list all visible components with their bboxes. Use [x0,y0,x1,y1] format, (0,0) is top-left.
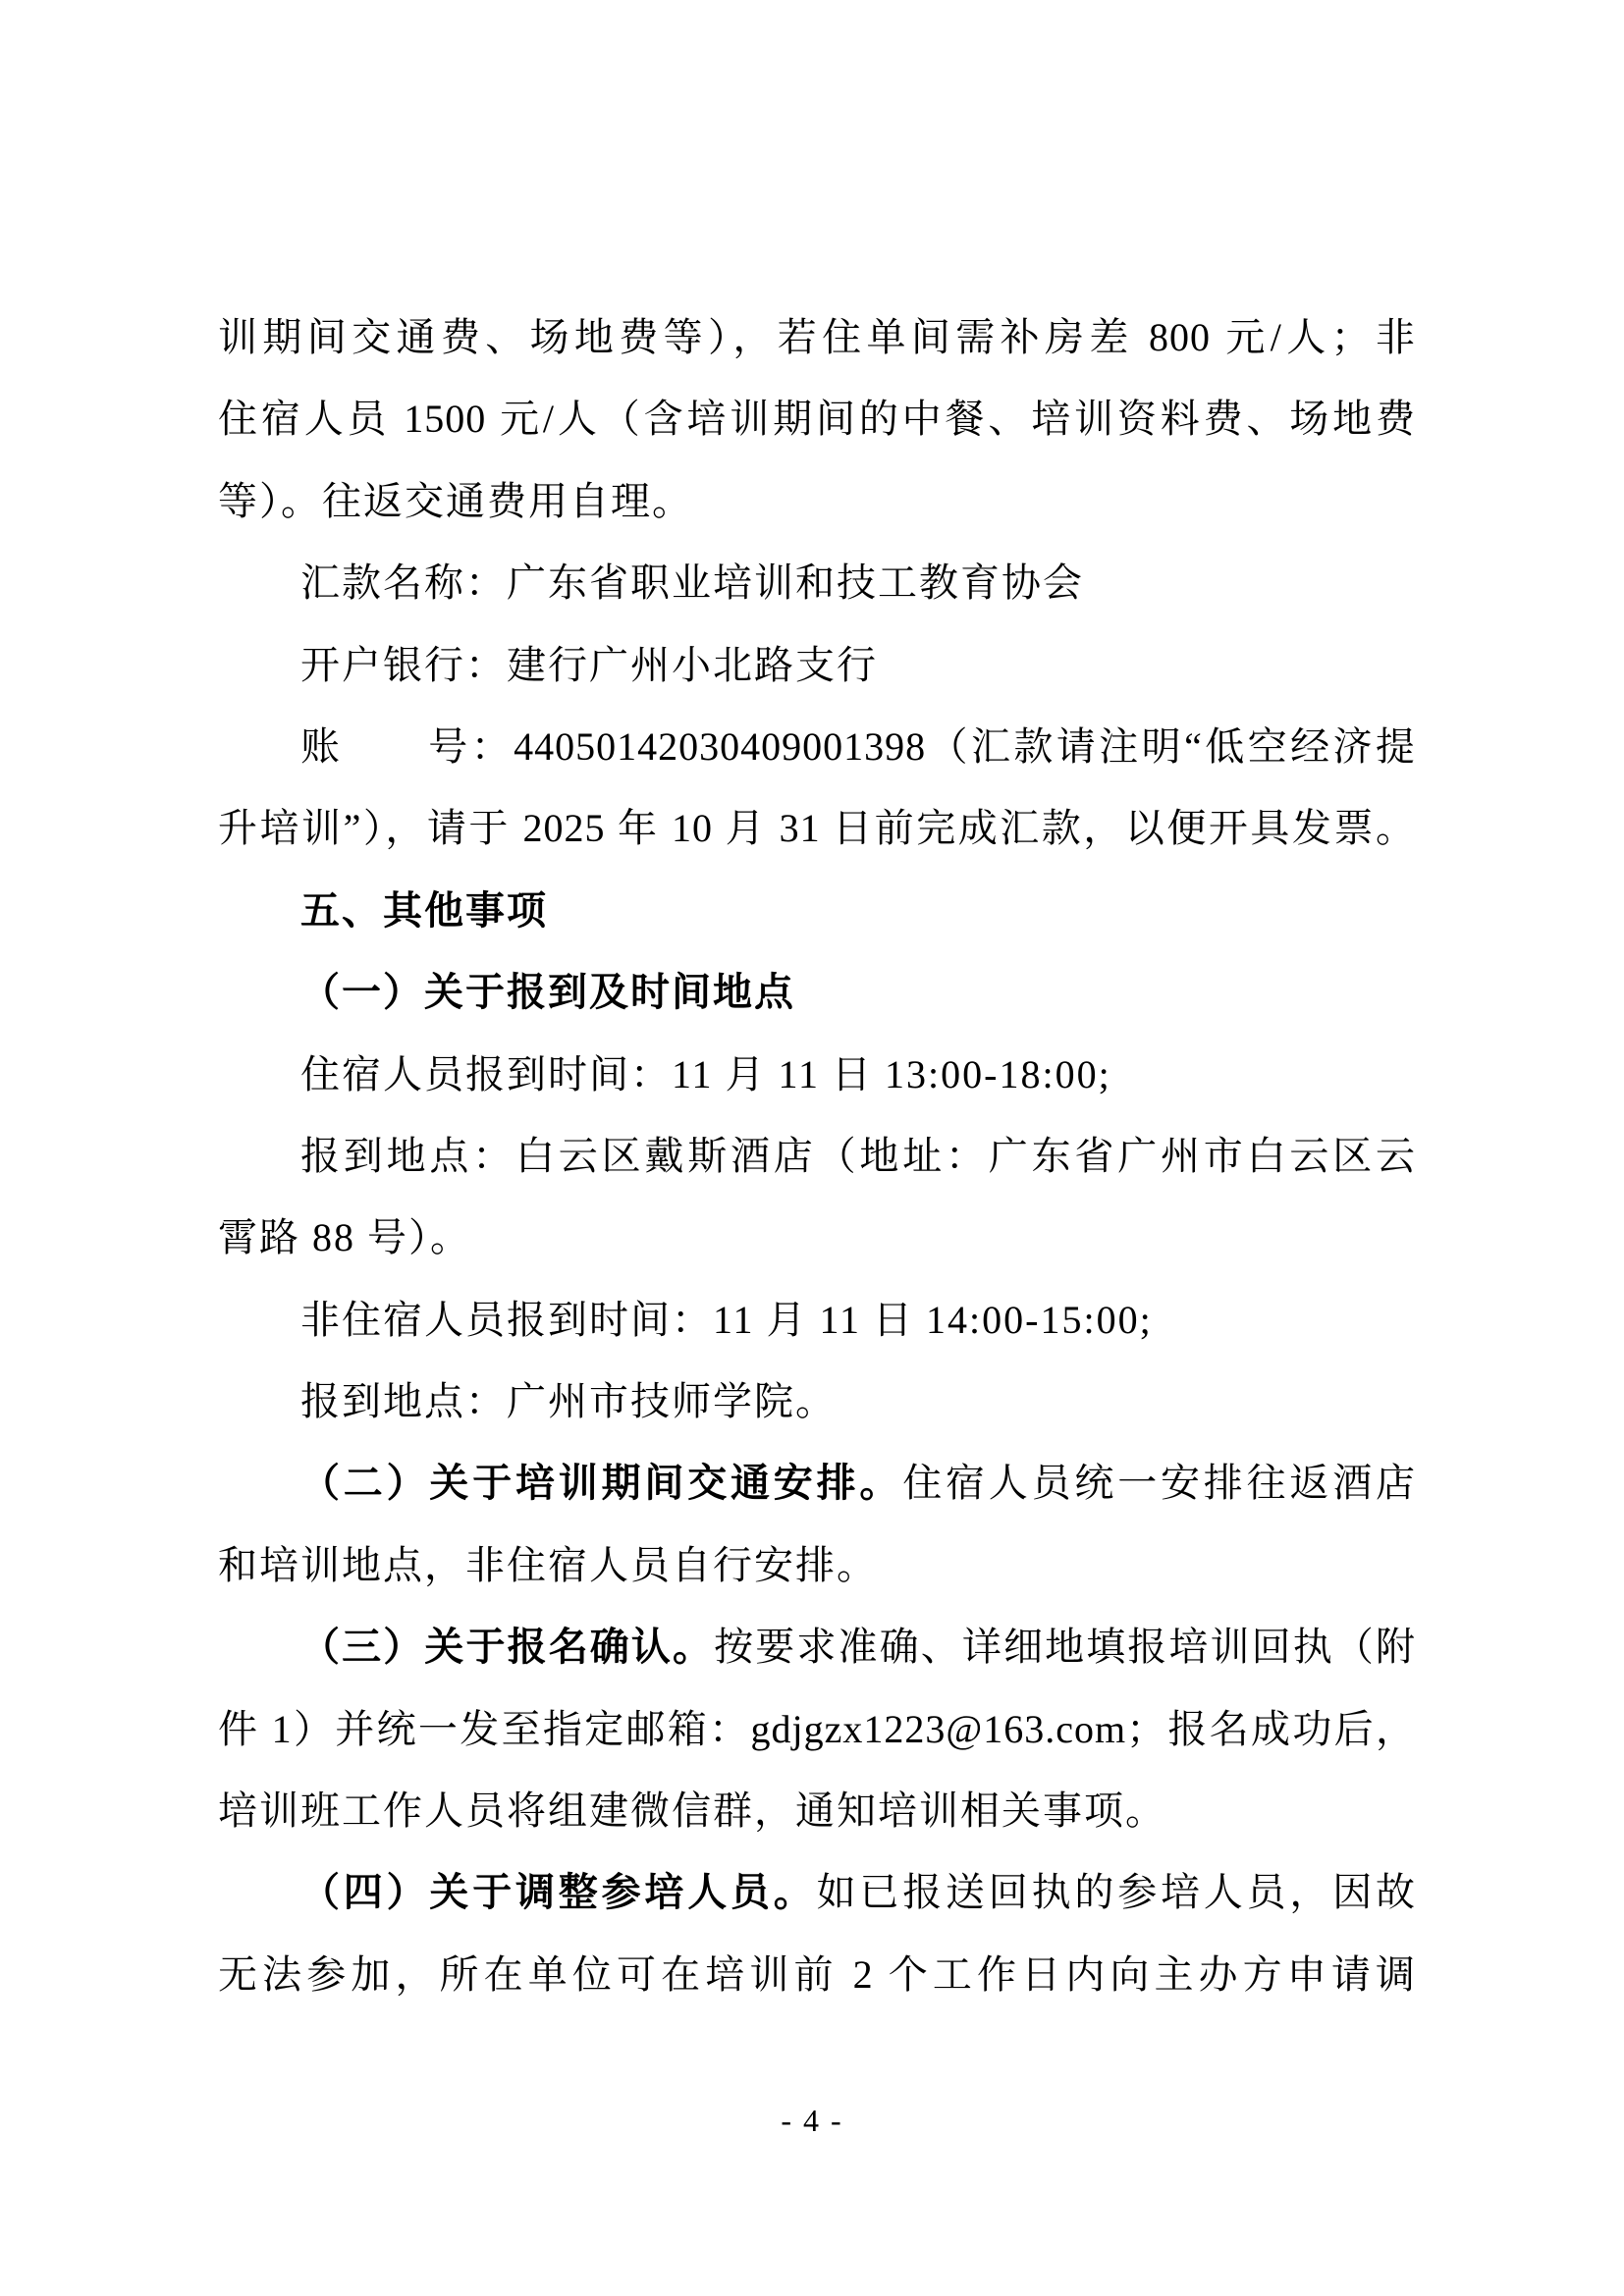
text-line: 住宿人员报到时间：11 月 11 日 13:00-18:00; [218,1034,1416,1115]
page-footer: - 4 - [0,2099,1624,2142]
text-line: 和培训地点，非住宿人员自行安排。 [218,1524,1416,1606]
text-line: 五、其他事项 [218,870,1416,951]
text-run-bold: （二）关于培训期间交通安排。 [300,1462,902,1505]
text-run: 如已报送回执的参培人员，因故 [817,1870,1416,1914]
text-run: 等）。往返交通费用自理。 [218,479,693,523]
text-run: 住宿人员报到时间：11 月 11 日 13:00-18:00; [300,1052,1111,1096]
text-line: 汇款名称：广东省职业培训和技工教育协会 [218,542,1416,623]
text-line: 训期间交通费、场地费等），若住单间需补房差 800 元/人；非 [218,296,1416,378]
text-run: 培训班工作人员将组建微信群，通知培训相关事项。 [218,1789,1166,1833]
text-run: 霄路 88 号）。 [218,1215,471,1259]
text-run: 汇款名称：广东省职业培训和技工教育协会 [300,561,1084,605]
text-run: 无法参加，所在单位可在培训前 2 个工作日内向主办方申请调 [218,1952,1416,1997]
page-number: - 4 - [781,2103,842,2138]
text-line: 升培训”），请于 2025 年 10 月 31 日前完成汇款，以便开具发票。 [218,787,1416,869]
text-line: 培训班工作人员将组建微信群，通知培训相关事项。 [218,1770,1416,1851]
text-run-bold: 五、其他事项 [300,889,548,933]
text-run-bold: （三）关于报名确认。 [300,1626,714,1669]
text-run: 开户银行：建行广州小北路支行 [300,643,878,687]
text-line: 报到地点：白云区戴斯酒店（地址：广东省广州市白云区云 [218,1115,1416,1197]
text-run: 件 1）并统一发至指定邮箱：gdjgzx1223@163.com；报名成功后， [218,1707,1416,1751]
text-line: （一）关于报到及时间地点 [218,951,1416,1033]
text-run-bold: （四）关于调整参培人员。 [300,1871,817,1914]
text-line: 无法参加，所在单位可在培训前 2 个工作日内向主办方申请调 [218,1934,1416,2015]
text-line: 报到地点：广州市技师学院。 [218,1361,1416,1442]
text-line: 住宿人员 1500 元/人（含培训期间的中餐、培训资料费、场地费 [218,378,1416,459]
text-line: （二）关于培训期间交通安排。住宿人员统一安排往返酒店 [218,1442,1416,1523]
document-page: 训期间交通费、场地费等），若住单间需补房差 800 元/人；非住宿人员 1500… [0,0,1624,2296]
text-run: 住宿人员 1500 元/人（含培训期间的中餐、培训资料费、场地费 [218,397,1416,441]
text-run: 报到地点：白云区戴斯酒店（地址：广东省广州市白云区云 [300,1134,1416,1178]
text-run: 账 号：44050142030409001398（汇款请注明“低空经济提 [300,724,1416,769]
text-line: 件 1）并统一发至指定邮箱：gdjgzx1223@163.com；报名成功后， [218,1688,1416,1770]
text-line: 霄路 88 号）。 [218,1197,1416,1278]
text-line: 开户银行：建行广州小北路支行 [218,624,1416,706]
text-run: 按要求准确、详细地填报培训回执（附 [714,1625,1416,1669]
text-run: 升培训”），请于 2025 年 10 月 31 日前完成汇款，以便开具发票。 [218,806,1416,850]
text-line: 账 号：44050142030409001398（汇款请注明“低空经济提 [218,706,1416,787]
text-run-bold: （一）关于报到及时间地点 [300,971,795,1014]
text-run: 训期间交通费、场地费等），若住单间需补房差 800 元/人；非 [218,315,1416,359]
document-body: 训期间交通费、场地费等），若住单间需补房差 800 元/人；非住宿人员 1500… [218,296,1416,2015]
text-run: 住宿人员统一安排往返酒店 [902,1461,1416,1505]
text-line: 非住宿人员报到时间：11 月 11 日 14:00-15:00; [218,1279,1416,1361]
text-run: 非住宿人员报到时间：11 月 11 日 14:00-15:00; [300,1298,1153,1342]
text-run: 报到地点：广州市技师学院。 [300,1379,837,1423]
text-line: （四）关于调整参培人员。如已报送回执的参培人员，因故 [218,1851,1416,1933]
text-line: （三）关于报名确认。按要求准确、详细地填报培训回执（附 [218,1606,1416,1687]
text-line: 等）。往返交通费用自理。 [218,460,1416,542]
text-run: 和培训地点，非住宿人员自行安排。 [218,1543,878,1587]
